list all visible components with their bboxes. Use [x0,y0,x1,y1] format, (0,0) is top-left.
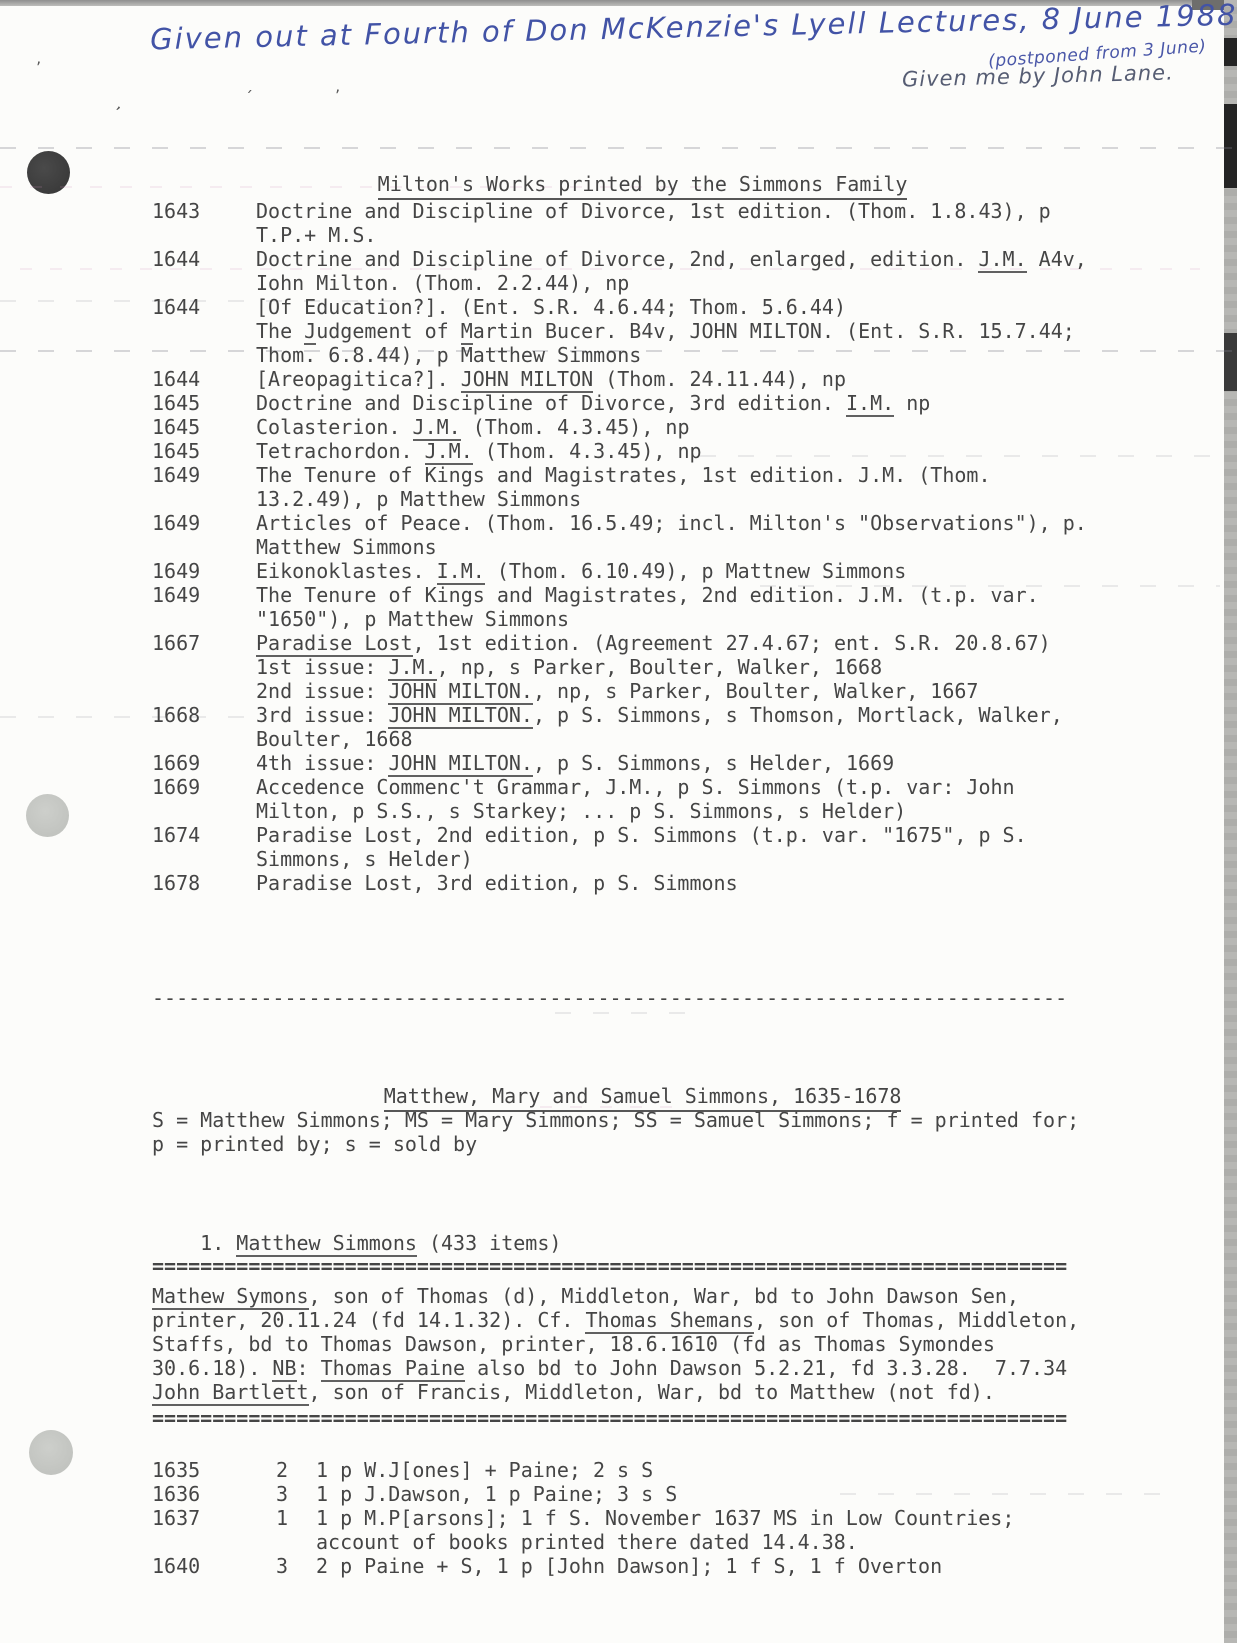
year-cell: 1678 [152,871,256,895]
year-cell [152,1530,276,1554]
count-cell [276,1530,316,1554]
year-cell: 1645 [152,415,256,439]
work-entry-line: 1678Paradise Lost, 3rd edition, p S. Sim… [152,871,1087,895]
underlined-text: J.M. [388,655,436,681]
text-segment: Eikonoklastes. [256,559,437,583]
text-segment: (Thom. 6.10.49), p Mattnew Simmons [485,559,906,583]
year-cell: 1644 [152,295,256,319]
yearly-output-table: 163521 p W.J[ones] + Paine; 2 s S163631 … [152,1458,1014,1578]
scan-streak [555,1012,685,1014]
count-cell: 3 [276,1482,316,1506]
work-entry-line: 1669Accedence Commenc't Grammar, J.M., p… [152,775,1087,799]
work-entry-line: 16683rd issue: JOHN MILTON., p S. Simmon… [152,703,1087,727]
text-segment: also bd to John Dawson 5.2.21, fd 3.3.28… [465,1356,1067,1380]
work-entry-line: 2nd issue: JOHN MILTON., np, s Parker, B… [152,679,1087,703]
entry-text: Doctrine and Discipline of Divorce, 1st … [256,199,1051,223]
hole-punch [29,1430,73,1475]
biography-paragraph: Mathew Symons, son of Thomas (d), Middle… [152,1284,1079,1404]
work-entry-line: 1643Doctrine and Discipline of Divorce, … [152,199,1087,223]
text-segment: Paradise Lost, 3rd edition, p S. Simmons [256,871,738,895]
row-text: 2 p Paine + S, 1 p [John Dawson]; 1 f S,… [316,1554,942,1578]
work-entry-line: 1674Paradise Lost, 2nd edition, p S. Sim… [152,823,1087,847]
work-entry-line: Iohn Milton. (Thom. 2.2.44), np [152,271,1087,295]
entry-text: Doctrine and Discipline of Divorce, 3rd … [256,391,930,415]
work-entry-line: 1645Tetrachordon. J.M. (Thom. 4.3.45), n… [152,439,1087,463]
work-entry-line: Milton, p S.S., s Starkey; ... p S. Simm… [152,799,1087,823]
text-segment: 2nd issue: [256,679,388,703]
underlined-text: Paradise Lost [256,631,413,657]
year-cell [152,799,256,823]
work-entry-line: 1644Doctrine and Discipline of Divorce, … [152,247,1087,271]
work-entry-line: 1645Doctrine and Discipline of Divorce, … [152,391,1087,415]
entry-text: Paradise Lost, 3rd edition, p S. Simmons [256,871,738,895]
text-segment: Boulter, 1668 [256,727,413,751]
year-cell: 1645 [152,439,256,463]
underlined-text: JOHN MILTON [461,367,593,393]
entry-text: Simmons, s Helder) [256,847,473,871]
underlined-text: JOHN MILTON. [388,679,533,705]
table-row: 163631 p J.Dawson, 1 p Paine; 3 s S [152,1482,1014,1506]
paragraph-line: Mathew Symons, son of Thomas (d), Middle… [152,1284,1079,1308]
underlined-text: JOHN MILTON. [388,751,533,777]
text-segment: , son of Thomas (d), Middleton, War, bd … [309,1284,1019,1308]
handwritten-note-line3: Given me by John Lane. [902,60,1174,91]
year-cell: 1667 [152,631,256,655]
text-segment: Doctrine and Discipline of Divorce, 1st … [256,199,1051,223]
year-cell: 1649 [152,511,256,535]
text-segment: [Of Education?]. (Ent. S.R. 4.6.44; Thom… [256,295,846,319]
year-cell: 1635 [152,1458,276,1482]
work-entry-line: 1644[Of Education?]. (Ent. S.R. 4.6.44; … [152,295,1087,319]
year-cell [152,223,256,247]
text-segment: 3rd issue: [256,703,388,727]
text-segment: A4v, [1027,247,1087,271]
text-segment: , np, s Parker, Boulter, Walker, 1667 [533,679,979,703]
table-row: 164032 p Paine + S, 1 p [John Dawson]; 1… [152,1554,1014,1578]
text-segment: Simmons, s Helder) [256,847,473,871]
year-cell: 1669 [152,751,256,775]
table-row: account of books printed there dated 14.… [152,1530,1014,1554]
paragraph-line: printer, 20.11.24 (fd 14.1.32). Cf. Thom… [152,1308,1079,1332]
text-segment: 4th issue: [256,751,388,775]
underlined-text: Mathew Symons [152,1284,309,1310]
entry-text: Boulter, 1668 [256,727,413,751]
entry-text: Paradise Lost, 2nd edition, p S. Simmons… [256,823,1027,847]
work-entry-line: 1st issue: J.M., np, s Parker, Boulter, … [152,655,1087,679]
work-entry-line: T.P.+ M.S. [152,223,1087,247]
year-cell: 1649 [152,559,256,583]
work-entry-line: Matthew Simmons [152,535,1087,559]
text-segment: , son of Francis, Middleton, War, bd to … [309,1380,995,1404]
text-segment: Colasterion. [256,415,413,439]
work-entry-line: 16694th issue: JOHN MILTON., p S. Simmon… [152,751,1087,775]
table-row: 163711 p M.P[arsons]; 1 f S. November 16… [152,1506,1014,1530]
text-segment: artin Bucer. B4v, JOHN MILTON. (Ent. S.R… [473,319,1075,343]
year-cell [152,343,256,367]
underlined-text: J [304,319,316,345]
text-segment: (Thom. 4.3.45), np [473,439,702,463]
subheading-prefix: 1. [200,1231,236,1255]
entry-text: [Of Education?]. (Ent. S.R. 4.6.44; Thom… [256,295,846,319]
year-cell: 1643 [152,199,256,223]
entry-text: 2nd issue: JOHN MILTON., np, s Parker, B… [256,679,978,703]
ink-speck: ´ [245,88,253,107]
year-cell: 1640 [152,1554,276,1578]
year-cell [152,655,256,679]
subheading-suffix: (433 items) [417,1231,562,1255]
ink-speck: ‚ [114,94,127,113]
text-segment: (Thom. 4.3.45), np [461,415,690,439]
legend-line: S = Matthew Simmons; MS = Mary Simmons; … [152,1108,1079,1132]
text-segment: Thom. 6.8.44), p Matthew Simmons [256,343,641,367]
work-entry-line: Thom. 6.8.44), p Matthew Simmons [152,343,1087,367]
text-segment: , p S. Simmons, s Helder, 1669 [533,751,894,775]
table-row: 163521 p W.J[ones] + Paine; 2 s S [152,1458,1014,1482]
text-segment: printer, 20.11.24 (fd 14.1.32). Cf. [152,1308,585,1332]
work-entry-line: 1649The Tenure of Kings and Magistrates,… [152,463,1087,487]
text-segment: 13.2.49), p Matthew Simmons [256,487,581,511]
scanned-document-page: ’ ‚ ´ ’ Given out at Fourth of Don McKen… [0,0,1237,1643]
hole-punch [26,794,69,837]
entry-text: 3rd issue: JOHN MILTON., p S. Simmons, s… [256,703,1063,727]
underlined-text: JOHN MILTON. [388,703,533,729]
entry-text: Colasterion. J.M. (Thom. 4.3.45), np [256,415,690,439]
entry-text: Articles of Peace. (Thom. 16.5.49; incl.… [256,511,1087,535]
paragraph-line: 30.6.18). NB: Thomas Paine also bd to Jo… [152,1356,1079,1380]
text-segment: np [894,391,930,415]
year-cell: 1644 [152,367,256,391]
entry-text: The Judgement of Martin Bucer. B4v, JOHN… [256,319,1075,343]
underlined-text: J.M. [425,439,473,465]
year-cell: 1636 [152,1482,276,1506]
year-cell: 1645 [152,391,256,415]
year-cell [152,607,256,631]
year-cell: 1669 [152,775,256,799]
year-cell: 1649 [152,583,256,607]
year-cell: 1644 [152,247,256,271]
work-entry-line: 1644[Areopagitica?]. JOHN MILTON (Thom. … [152,367,1087,391]
text-segment: , p S. Simmons, s Thomson, Mortlack, Wal… [533,703,1063,727]
scanner-edge-shadow [1224,333,1237,391]
entry-text: Paradise Lost, 1st edition. (Agreement 2… [256,631,1051,655]
entry-text: Tetrachordon. J.M. (Thom. 4.3.45), np [256,439,702,463]
works-list: 1643Doctrine and Discipline of Divorce, … [152,199,1087,895]
underlined-text: J.M. [413,415,461,441]
text-segment: , 1st edition. (Agreement 27.4.67; ent. … [413,631,1051,655]
year-cell [152,535,256,559]
text-segment: Milton, p S.S., s Starkey; ... p S. Simm… [256,799,906,823]
text-segment: Doctrine and Discipline of Divorce, 3rd … [256,391,846,415]
text-segment: udgement of [316,319,461,343]
year-cell [152,271,256,295]
year-cell [152,487,256,511]
year-cell [152,727,256,751]
text-segment: : [297,1356,321,1380]
year-cell: 1649 [152,463,256,487]
text-segment: Articles of Peace. (Thom. 16.5.49; incl.… [256,511,1087,535]
text-segment: [Areopagitica?]. [256,367,461,391]
entry-text: Milton, p S.S., s Starkey; ... p S. Simm… [256,799,906,823]
work-entry-line: 1649Eikonoklastes. I.M. (Thom. 6.10.49),… [152,559,1087,583]
text-segment: Tetrachordon. [256,439,425,463]
work-entry-line: The Judgement of Martin Bucer. B4v, JOHN… [152,319,1087,343]
paragraph-line: John Bartlett, son of Francis, Middleton… [152,1380,1079,1404]
entry-text: Thom. 6.8.44), p Matthew Simmons [256,343,641,367]
entry-text: 13.2.49), p Matthew Simmons [256,487,581,511]
scanner-edge-shadow [1224,38,1237,66]
work-entry-line: 1667Paradise Lost, 1st edition. (Agreeme… [152,631,1087,655]
text-segment: The [256,319,304,343]
underlined-text: John Bartlett [152,1380,309,1406]
text-segment: The Tenure of Kings and Magistrates, 1st… [256,463,991,487]
work-entry-line: 13.2.49), p Matthew Simmons [152,487,1087,511]
count-cell: 2 [276,1458,316,1482]
row-text: 1 p M.P[arsons]; 1 f S. November 1637 MS… [316,1506,1014,1530]
entry-text: The Tenure of Kings and Magistrates, 1st… [256,463,991,487]
legend: S = Matthew Simmons; MS = Mary Simmons; … [152,1108,1079,1156]
dashed-divider: ----------------------------------------… [152,986,1067,1010]
text-segment: (Thom. 24.11.44), np [593,367,846,391]
count-cell: 3 [276,1554,316,1578]
year-cell: 1668 [152,703,256,727]
text-segment: 1st issue: [256,655,388,679]
entry-text: Doctrine and Discipline of Divorce, 2nd,… [256,247,1087,271]
underlined-text: I.M. [846,391,894,417]
entry-text: T.P.+ M.S. [256,223,376,247]
text-segment: "1650"), p Matthew Simmons [256,607,569,631]
underlined-text: Thomas Shemans [585,1308,754,1334]
year-cell: 1637 [152,1506,276,1530]
row-text: account of books printed there dated 14.… [316,1530,858,1554]
work-entry-line: Simmons, s Helder) [152,847,1087,871]
text-segment: Accedence Commenc't Grammar, J.M., p S. … [256,775,1015,799]
underlined-text: I.M. [437,559,485,585]
entry-text: "1650"), p Matthew Simmons [256,607,569,631]
text-segment: , son of Thomas, Middleton, [754,1308,1079,1332]
work-entry-line: "1650"), p Matthew Simmons [152,607,1087,631]
text-segment: The Tenure of Kings and Magistrates, 2nd… [256,583,1039,607]
text-segment: , np, s Parker, Boulter, Walker, 1668 [437,655,883,679]
legend-line: p = printed by; s = sold by [152,1132,1079,1156]
work-entry-line: 1649Articles of Peace. (Thom. 16.5.49; i… [152,511,1087,535]
document-title-text: Milton's Works printed by the Simmons Fa… [378,172,908,200]
work-entry-line: Boulter, 1668 [152,727,1087,751]
work-entry-line: 1645Colasterion. J.M. (Thom. 4.3.45), np [152,415,1087,439]
year-cell: 1674 [152,823,256,847]
year-cell [152,319,256,343]
entry-text: 4th issue: JOHN MILTON., p S. Simmons, s… [256,751,894,775]
text-segment: Iohn Milton. (Thom. 2.2.44), np [256,271,629,295]
paragraph-line: Staffs, bd to Thomas Dawson, printer, 18… [152,1332,1079,1356]
text-segment: Paradise Lost, 2nd edition, p S. Simmons… [256,823,1027,847]
ink-speck: ’ [36,58,41,77]
work-entry-line: 1649The Tenure of Kings and Magistrates,… [152,583,1087,607]
text-segment: 30.6.18). [152,1356,272,1380]
row-text: 1 p J.Dawson, 1 p Paine; 3 s S [316,1482,677,1506]
text-segment: Doctrine and Discipline of Divorce, 2nd,… [256,247,978,271]
entry-text: The Tenure of Kings and Magistrates, 2nd… [256,583,1039,607]
entry-text: [Areopagitica?]. JOHN MILTON (Thom. 24.1… [256,367,846,391]
count-cell: 1 [276,1506,316,1530]
scanner-right-edge [1224,0,1237,1643]
entry-text: Accedence Commenc't Grammar, J.M., p S. … [256,775,1015,799]
double-rule: ========================================… [152,1406,1067,1430]
year-cell [152,847,256,871]
text-segment: T.P.+ M.S. [256,223,376,247]
underlined-text: NB [272,1356,296,1382]
entry-text: Eikonoklastes. I.M. (Thom. 6.10.49), p M… [256,559,906,583]
entry-text: Matthew Simmons [256,535,437,559]
row-text: 1 p W.J[ones] + Paine; 2 s S [316,1458,653,1482]
year-cell [152,679,256,703]
text-segment: Matthew Simmons [256,535,437,559]
double-rule: ========================================… [152,1254,1067,1278]
underlined-text: J.M. [978,247,1026,273]
ink-speck: ’ [335,86,340,105]
entry-text: Iohn Milton. (Thom. 2.2.44), np [256,271,629,295]
text-segment: Staffs, bd to Thomas Dawson, printer, 18… [152,1332,995,1356]
underlined-text: M [461,319,473,345]
entry-text: 1st issue: J.M., np, s Parker, Boulter, … [256,655,882,679]
underlined-text: Thomas Paine [321,1356,466,1382]
